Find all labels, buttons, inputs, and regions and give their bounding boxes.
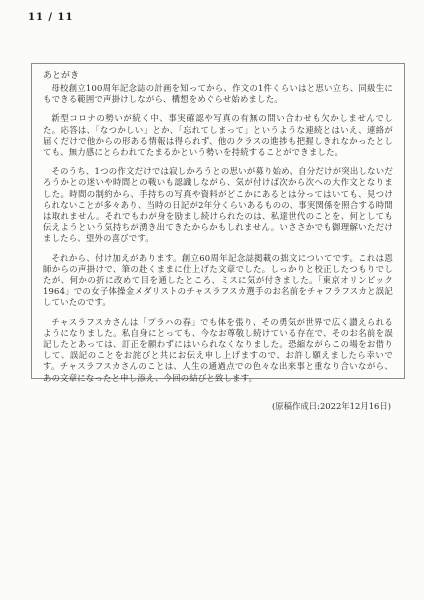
- afterword-title: あとがき: [43, 70, 393, 82]
- afterword-box: あとがき 母校創立100周年記念誌の計画を知ってから、作文の1件くらいはと思い立…: [31, 63, 405, 379]
- page-number: 11 / 11: [28, 12, 73, 23]
- afterword-paragraph: それから、付け加えがあります。創立60周年記念誌掲載の拙文についてです。これは恩…: [43, 253, 393, 309]
- afterword-paragraph: 母校創立100周年記念誌の計画を知ってから、作文の1件くらいはと思い立ち、同級生…: [43, 83, 393, 105]
- document-page: { "page": { "page_indicator": "11 / 11" …: [0, 0, 424, 600]
- afterword-paragraph: そのうち、1つの作文だけでは寂しかろうとの思いが募り始め、自分だけが突出しないだ…: [43, 166, 393, 244]
- afterword-paragraph: 新型コロナの勢いが続く中、事実確認や写真の有無の問い合わせも欠かしませんでした。…: [43, 113, 393, 158]
- manuscript-date: (原稿作成日:2022年12月16日): [43, 401, 393, 412]
- afterword-paragraph: チャスラフスカさんは「プラハの春」でも体を張り、その勇気が世界で広く讃えられるよ…: [43, 317, 393, 384]
